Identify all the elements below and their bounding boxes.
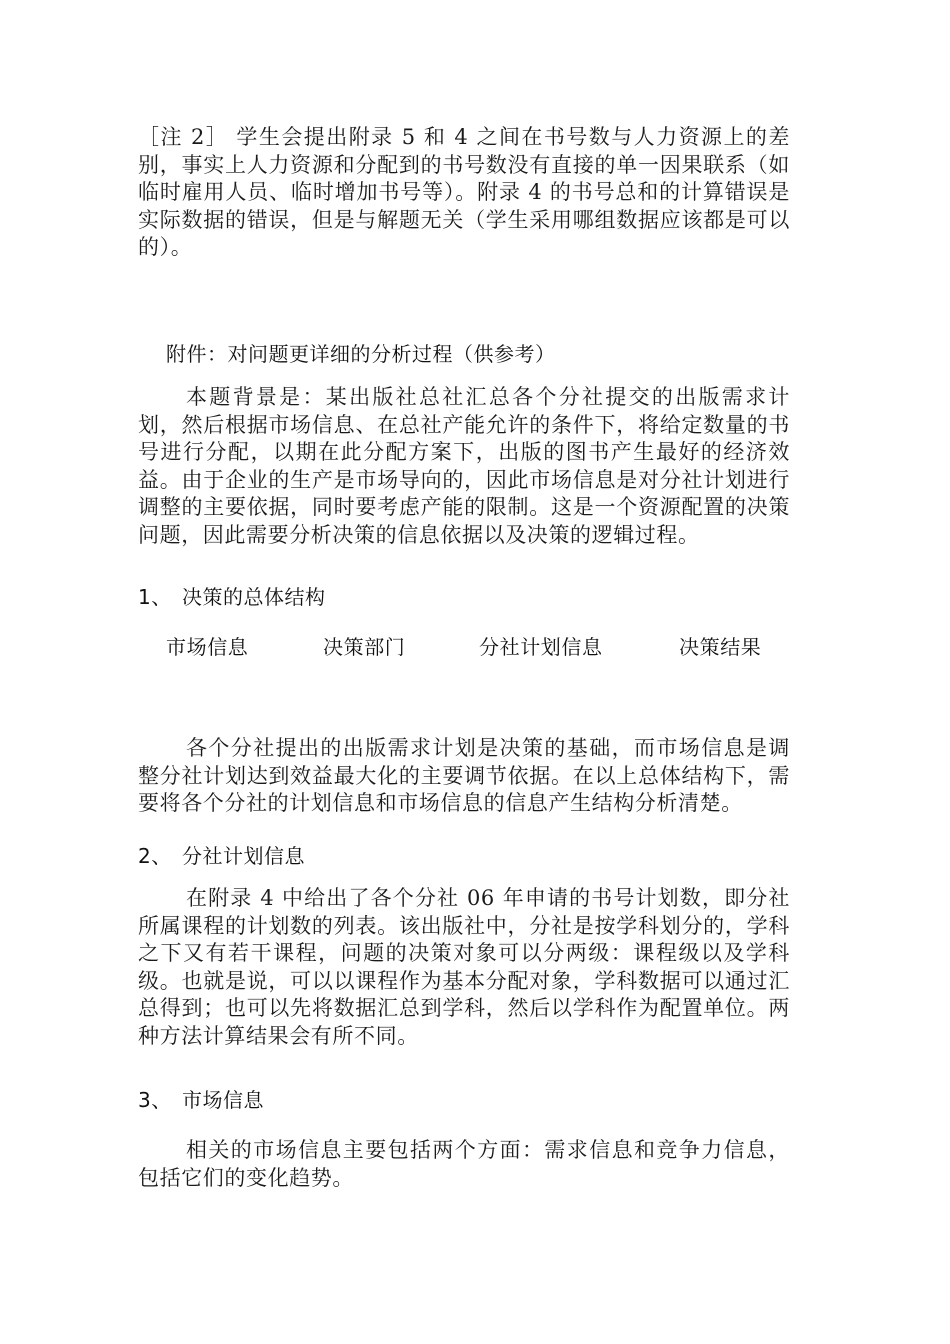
section-3-title: 市场信息 bbox=[182, 1088, 264, 1112]
appendix-intro-paragraph: 本题背景是：某出版社总社汇总各个分社提交的出版需求计划，然后根据市场信息、在总社… bbox=[138, 384, 790, 550]
document-page: ［注 2］ 学生会提出附录 5 和 4 之间在书号数与人力资源上的差别，事实上人… bbox=[0, 0, 950, 1344]
structure-item-decision-result: 决策结果 bbox=[679, 633, 761, 661]
section-2-body: 在附录 4 中给出了各个分社 06 年申请的书号计划数，即分社所属课程的计划数的… bbox=[138, 885, 790, 1051]
structure-item-decision-dept: 决策部门 bbox=[323, 633, 405, 661]
decision-structure-diagram: 市场信息 决策部门 分社计划信息 决策结果 bbox=[0, 633, 950, 663]
section-1-title: 决策的总体结构 bbox=[182, 585, 326, 609]
section-2-number: 2、 bbox=[138, 843, 182, 869]
section-1-heading: 1、决策的总体结构 bbox=[138, 584, 326, 610]
note-2-paragraph: ［注 2］ 学生会提出附录 5 和 4 之间在书号数与人力资源上的差别，事实上人… bbox=[138, 124, 790, 262]
structure-item-branch-plan-info: 分社计划信息 bbox=[479, 633, 603, 661]
section-2-heading: 2、分社计划信息 bbox=[138, 843, 305, 869]
section-3-heading: 3、市场信息 bbox=[138, 1087, 264, 1113]
section-1-body: 各个分社提出的出版需求计划是决策的基础，而市场信息是调整分社计划达到效益最大化的… bbox=[138, 735, 790, 818]
appendix-title: 附件：对问题更详细的分析过程（供参考） bbox=[166, 341, 556, 367]
section-3-body: 相关的市场信息主要包括两个方面：需求信息和竞争力信息，包括它们的变化趋势。 bbox=[138, 1137, 790, 1192]
section-3-number: 3、 bbox=[138, 1087, 182, 1113]
structure-item-market-info: 市场信息 bbox=[166, 633, 248, 661]
section-2-title: 分社计划信息 bbox=[182, 844, 305, 868]
section-1-number: 1、 bbox=[138, 584, 182, 610]
